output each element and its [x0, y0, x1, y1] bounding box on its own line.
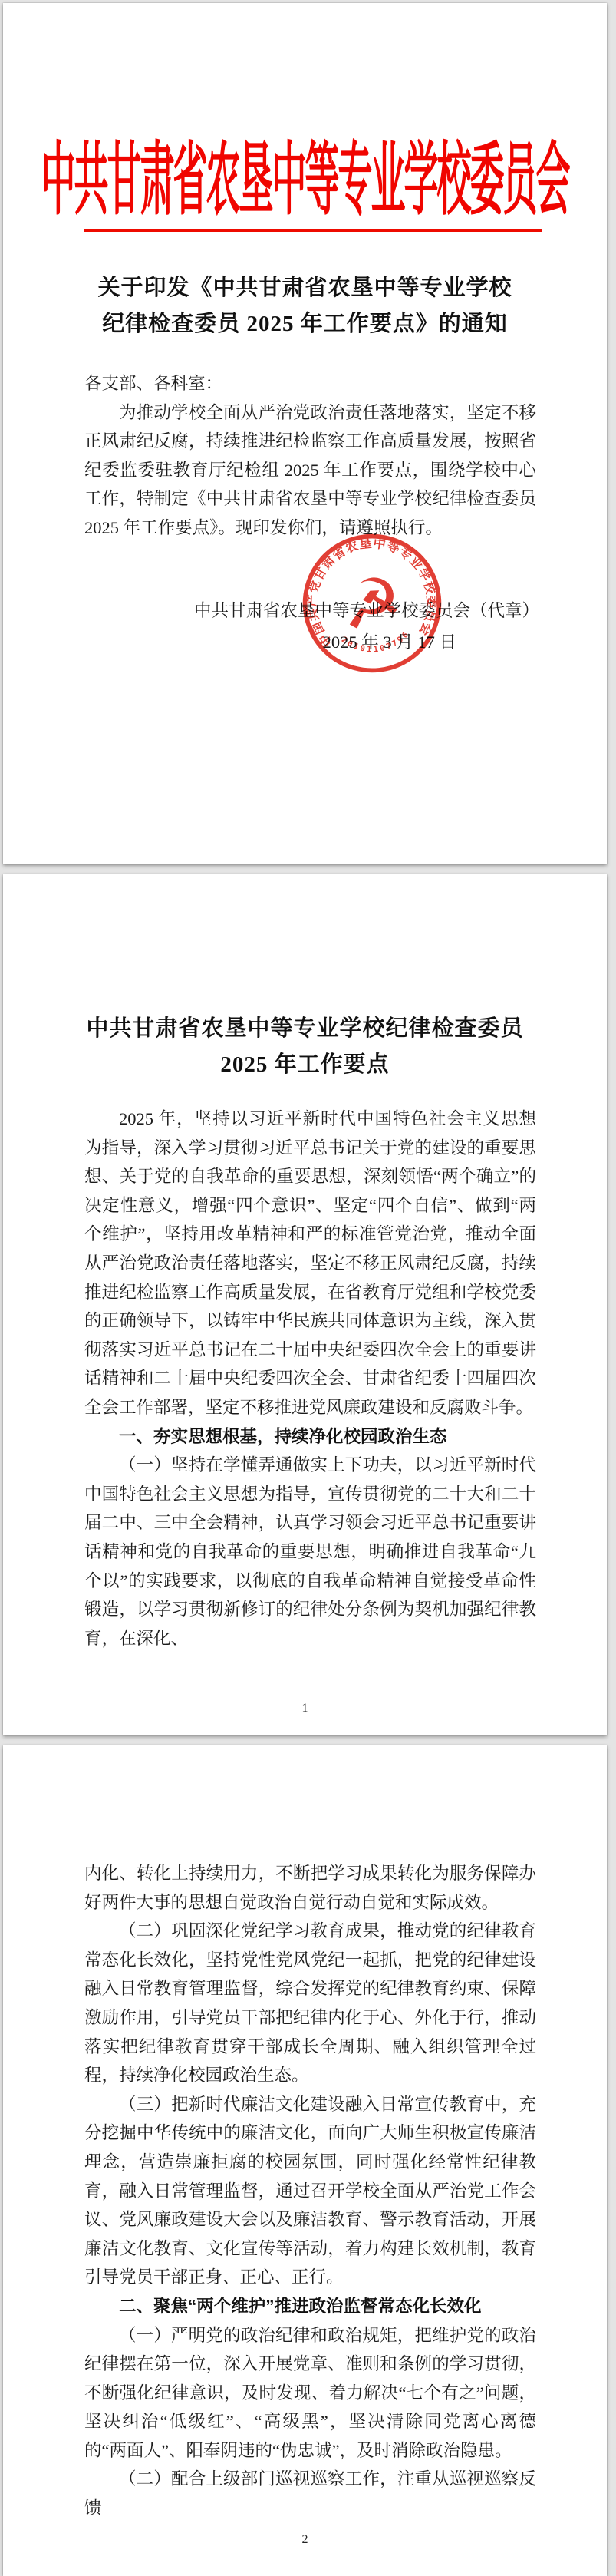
item-2-2-paragraph-truncated: （二）配合上级部门巡视巡察工作，注重从巡视巡察反馈 — [84, 2465, 536, 2522]
document-page-3: 内化、转化上持续用力，不断把学习成果转化为服务保障办好两件大事的思想自觉政治自觉… — [3, 1745, 607, 2576]
document-page-1: 中共甘肃省农垦中等专业学校委员会 关于印发《中共甘肃省农垦中等专业学校 纪律检查… — [3, 3, 607, 864]
notice-title: 关于印发《中共甘肃省农垦中等专业学校 纪律检查委员 2025 年工作要点》的通知 — [49, 270, 561, 342]
section-heading-2: 二、聚焦“两个维护”推进政治监督常态化长效化 — [84, 2292, 536, 2321]
document-page-2: 中共甘肃省农垦中等专业学校纪律检查委员 2025 年工作要点 2025 年，坚持… — [3, 874, 607, 1735]
notice-title-line1: 关于印发《中共甘肃省农垦中等专业学校 — [49, 270, 561, 306]
work-points-title-line2: 2025 年工作要点 — [49, 1047, 561, 1083]
page-number: 2 — [3, 2533, 607, 2547]
work-points-body-continued: 内化、转化上持续用力，不断把学习成果转化为服务保障办好两件大事的思想自觉政治自觉… — [3, 1745, 607, 2523]
work-points-title: 中共甘肃省农垦中等专业学校纪律检查委员 2025 年工作要点 — [49, 874, 561, 1083]
work-points-title-line1: 中共甘肃省农垦中等专业学校纪律检查委员 — [49, 1011, 561, 1047]
notice-title-line2: 纪律检查委员 2025 年工作要点》的通知 — [49, 306, 561, 342]
official-seal: 中国共产党甘肃省农垦中等专业学校委员会 6201011077964 ☭ — [299, 530, 445, 676]
work-points-body: 2025 年，坚持以习近平新时代中国特色社会主义思想为指导，深入学习贯彻习近平总… — [3, 1105, 607, 1653]
red-letterhead: 中共甘肃省农垦中等专业学校委员会 — [3, 3, 607, 226]
notice-paragraph: 为推动学校全面从严治党政治责任落地落实，坚定不移正风肃纪反腐，持续推进纪检监察工… — [84, 398, 536, 543]
section-heading-1: 一、夯实思想根基，持续净化校园政治生态 — [84, 1422, 536, 1451]
hammer-sickle-emblem-icon: ☭ — [338, 562, 407, 646]
intro-paragraph: 2025 年，坚持以习近平新时代中国特色社会主义思想为指导，深入学习贯彻习近平总… — [84, 1105, 536, 1422]
page-number: 1 — [3, 1702, 607, 1716]
item-1-3-paragraph: （三）把新时代廉洁文化建设融入日常宣传教育中，充分挖掘中华传统中的廉洁文化，面向… — [84, 2090, 536, 2292]
item-2-1-paragraph: （一）严明党的政治纪律和政治规矩，把维护党的政治纪律摆在第一位，深入开展党章、准… — [84, 2321, 536, 2465]
notice-body: 各支部、各科室： 为推动学校全面从严治党政治责任落地落实，坚定不移正风肃纪反腐，… — [3, 369, 607, 543]
item-1-1-paragraph: （一）坚持在学懂弄通做实上下功夫，以习近平新时代中国特色社会主义思想为指导，宣传… — [84, 1451, 536, 1653]
letterhead-title: 中共甘肃省农垦中等专业学校委员会 — [41, 114, 568, 230]
salutation: 各支部、各科室： — [84, 369, 536, 398]
item-1-2-paragraph: （二）巩固深化党纪学习教育成果，推动党的纪律教育常态化长效化，坚持党性党风党纪一… — [84, 1917, 536, 2090]
item-1-1-continuation: 内化、转化上持续用力，不断把学习成果转化为服务保障办好两件大事的思想自觉政治自觉… — [84, 1859, 536, 1917]
